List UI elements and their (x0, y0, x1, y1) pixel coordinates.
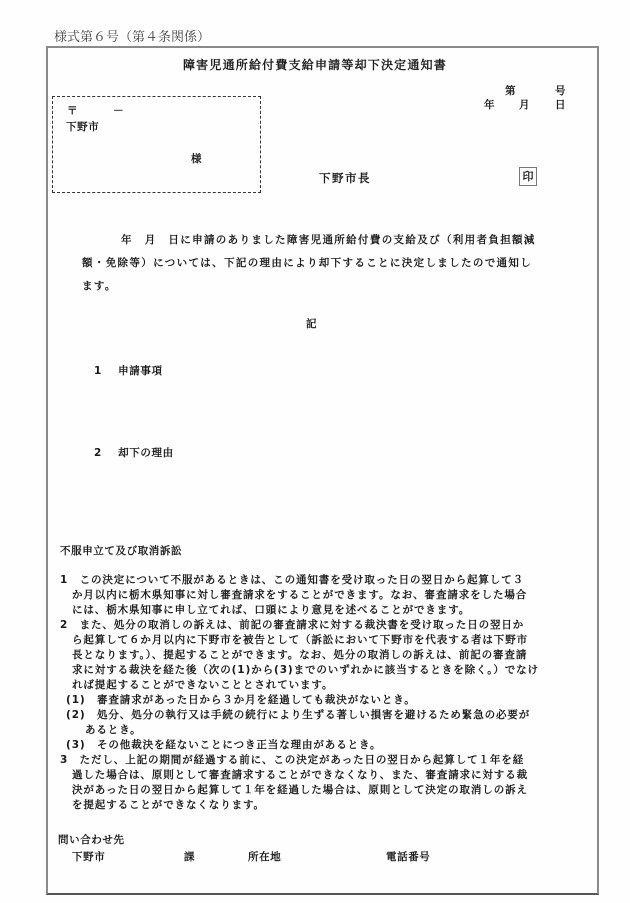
appeal-line: 長となります。）、提起することができます。なお、処分の取消しの訴えは、前記の審査… (72, 648, 527, 663)
issuer-title: 下野市長 (319, 170, 371, 186)
item-label: 申請事項 (118, 365, 162, 377)
postal-mark: 〒 (67, 103, 78, 118)
date-year: 年 (484, 97, 495, 112)
contact-city: 下野市 (72, 849, 105, 864)
appeal-line: 過した場合は、原則として審査請求することができなくなり、また、審査請求に対する裁 (72, 768, 528, 783)
form-number-label: 様式第６号（第４条関係） (54, 26, 210, 45)
appeal-line: 1 この決定について不服があるときは、この通知書を受け取った日の翌日から起算して… (60, 573, 524, 588)
appeal-line: れば提起することができないこととされています。 (72, 678, 333, 693)
contact-section: 課 (184, 849, 195, 864)
appeal-line: か月以内に栃木県知事に対し審査請求をすることができます。なお、審査請求をした場合 (72, 588, 527, 603)
appeal-line: 決があった日の翌日から起算して１年を経過した場合は、原則として決定の取消しの訴え (72, 783, 528, 798)
date-month: 月 (519, 97, 530, 112)
body-line-3: ます。 (82, 278, 117, 293)
number-suffix: 号 (555, 83, 566, 98)
contact-phone: 電話番号 (386, 849, 430, 864)
recipient-honorific: 様 (191, 151, 202, 166)
number-prefix: 第 (505, 83, 516, 98)
item-2: 2 却下の理由 (94, 445, 174, 460)
appeal-line: には、栃木県知事に申し立てれば、口頭により意見を述べることができます。 (72, 603, 470, 618)
contact-address: 所在地 (248, 849, 281, 864)
recipient-address-box (52, 96, 261, 193)
appeal-line: (3) その他裁決を経ないことにつき正当な理由があるとき。 (66, 738, 381, 753)
item-number: 1 (94, 365, 102, 377)
appeal-line: 3 ただし、上記の期間が経過する前に、この決定があった日の翌日から起算して１年を… (60, 753, 524, 768)
item-label: 却下の理由 (118, 447, 174, 459)
document-title: 障害児通所給付費支給申請等却下決定通知書 (0, 56, 630, 73)
seal-mark: 印 (519, 167, 537, 186)
date-day: 日 (555, 97, 566, 112)
appeal-line: を提起することができなくなります。 (72, 798, 265, 813)
appeal-line: (2) 処分、処分の執行又は手続の続行により生ずる著しい損害を避けるため緊急の必… (66, 708, 530, 723)
appeal-line: 求に対する裁決を経た後（次の(1)から(3)までのいずれかに該当するときを除く。… (72, 663, 539, 678)
appeal-line: ら起算して６か月以内に下野市を被告として（訴訟において下野市を代表する者は下野市 (72, 633, 528, 648)
recipient-city: 下野市 (66, 119, 99, 134)
appeal-line: (1) 審査請求があった日から３か月を経過しても裁決がないとき。 (66, 693, 416, 708)
ki-heading: 記 (306, 316, 317, 331)
postal-dash: － (113, 103, 124, 118)
item-1: 1 申請事項 (94, 363, 163, 378)
appeal-line: あるとき。 (85, 723, 142, 738)
body-line-1: 年 月 日に申請のありました障害児通所給付費の支給及び（利用者負担額減 (121, 232, 536, 247)
appeal-line: 2 また、処分の取消しの訴えは、前記の審査請求に対する裁決書を受け取った日の翌日… (60, 618, 524, 633)
appeal-heading: 不服申立て及び取消訴訟 (60, 543, 182, 558)
item-number: 2 (94, 447, 102, 459)
contact-heading: 問い合わせ先 (58, 832, 125, 847)
body-line-2: 額・免除等）については、下記の理由により却下することに決定しましたので通知し (82, 255, 532, 270)
